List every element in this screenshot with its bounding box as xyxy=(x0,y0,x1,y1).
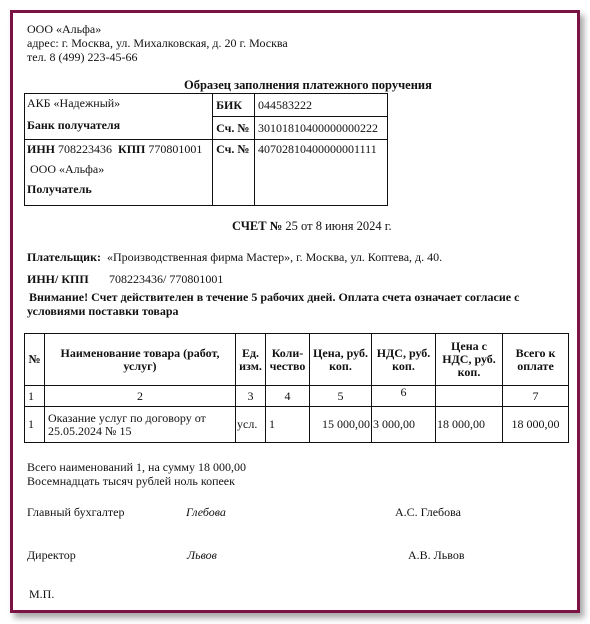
chief-accountant-name: А.С. Глебова xyxy=(395,505,461,519)
table-row: 1 Оказание услуг по договору от 25.05.20… xyxy=(25,407,569,443)
company-phone: тел. 8 (499) 223-45-66 xyxy=(27,50,138,64)
payer-inn-kpp-line: ИНН/ КПП708223436/ 770801001 xyxy=(27,272,223,286)
col-number-5: 5 xyxy=(310,386,372,407)
col-number-2: 2 xyxy=(45,386,236,407)
col-number-7: 7 xyxy=(503,386,569,407)
notice-line-2: условиями поставки товара xyxy=(27,304,179,318)
company-name: ООО «Альфа» xyxy=(27,22,101,36)
inn-label: ИНН xyxy=(27,142,55,156)
col-header-total: Всего к оплате xyxy=(503,334,569,386)
item-total: 18 000,00 xyxy=(503,407,569,443)
payer-inn-kpp-label: ИНН/ КПП xyxy=(27,272,109,286)
item-price-with-vat: 18 000,00 xyxy=(436,407,503,443)
director-name: А.В. Львов xyxy=(408,548,465,562)
bank-cell: АКБ «Надежный» Банк получателя xyxy=(25,94,213,140)
director-signature: Львов xyxy=(187,548,217,562)
payer-inn-kpp-value: 708223436/ 770801001 xyxy=(109,272,223,286)
item-vat: 3 000,00 xyxy=(372,407,436,443)
invoice-title: СЧЕТ № 25 от 8 июня 2024 г. xyxy=(232,219,392,233)
col-number-3: 3 xyxy=(236,386,266,407)
col-header-name: Наименование товара (работ, услуг) xyxy=(45,334,236,386)
account-label: Сч. № xyxy=(213,140,255,206)
payer-label: Плательщик: xyxy=(27,250,101,264)
director-role: Директор xyxy=(27,548,76,562)
items-header-row: № Наименование товара (работ, услуг) Ед.… xyxy=(25,334,569,386)
bank-name: АКБ «Надежный» xyxy=(27,97,209,119)
recipient-label: Получатель xyxy=(27,183,209,196)
payer-value: «Производственная фирма Мастер», г. Моск… xyxy=(107,250,442,264)
corr-account-value: 30101810400000000222 xyxy=(255,117,388,140)
col-number-empty xyxy=(436,386,503,407)
col-header-price-with-vat: Цена с НДС, руб. коп. xyxy=(436,334,503,386)
col-header-vat: НДС, руб. коп. xyxy=(372,334,436,386)
item-quantity: 1 xyxy=(266,407,310,443)
invoice-title-prefix: СЧЕТ № xyxy=(232,219,282,233)
notice-line-1: Внимание! Счет действителен в течение 5 … xyxy=(29,290,519,304)
col-header-price: Цена, руб. коп. xyxy=(310,334,372,386)
recipient-name: ООО «Альфа» xyxy=(27,163,209,183)
items-table: № Наименование товара (работ, услуг) Ед.… xyxy=(24,333,569,443)
col-header-unit: Ед. изм. xyxy=(236,334,266,386)
bik-value: 044583222 xyxy=(255,94,388,117)
chief-accountant-role: Главный бухгалтер xyxy=(27,505,124,519)
totals-count-line: Всего наименований 1, на сумму 18 000,00 xyxy=(27,460,246,474)
kpp-value: 770801001 xyxy=(148,142,202,156)
col-number-6: 6 xyxy=(372,386,436,407)
stamp-label: М.П. xyxy=(29,587,54,601)
account-value: 40702810400000001111 xyxy=(255,140,388,206)
bank-details-table: АКБ «Надежный» Банк получателя БИК 04458… xyxy=(24,93,388,206)
inn-value: 708223436 xyxy=(58,142,112,156)
payment-sample-title: Образец заполнения платежного поручения xyxy=(184,78,432,92)
kpp-label: КПП xyxy=(118,142,145,156)
item-number: 1 xyxy=(25,407,45,443)
column-numbers-row: 1 2 3 4 5 6 7 xyxy=(25,386,569,407)
payer-line: Плательщик: «Производственная фирма Маст… xyxy=(27,250,442,264)
recipient-cell: ИНН 708223436 КПП 770801001 ООО «Альфа» … xyxy=(25,140,213,206)
totals-words-line: Восемнадцать тысяч рублей ноль копеек xyxy=(27,474,235,488)
col-header-number: № xyxy=(25,334,45,386)
item-price: 15 000,00 xyxy=(310,407,372,443)
item-unit: усл. xyxy=(236,407,266,443)
invoice-title-rest: 25 от 8 июня 2024 г. xyxy=(285,219,391,233)
col-number-4: 4 xyxy=(266,386,310,407)
col-header-quantity: Коли-чество xyxy=(266,334,310,386)
corr-account-label: Сч. № xyxy=(213,117,255,140)
item-name: Оказание услуг по договору от 25.05.2024… xyxy=(45,407,236,443)
bik-label: БИК xyxy=(213,94,255,117)
chief-accountant-signature: Глебова xyxy=(186,505,226,519)
col-number-1: 1 xyxy=(25,386,45,407)
bank-label: Банк получателя xyxy=(27,119,209,132)
company-address: адрес: г. Москва, ул. Михалковская, д. 2… xyxy=(27,36,288,50)
